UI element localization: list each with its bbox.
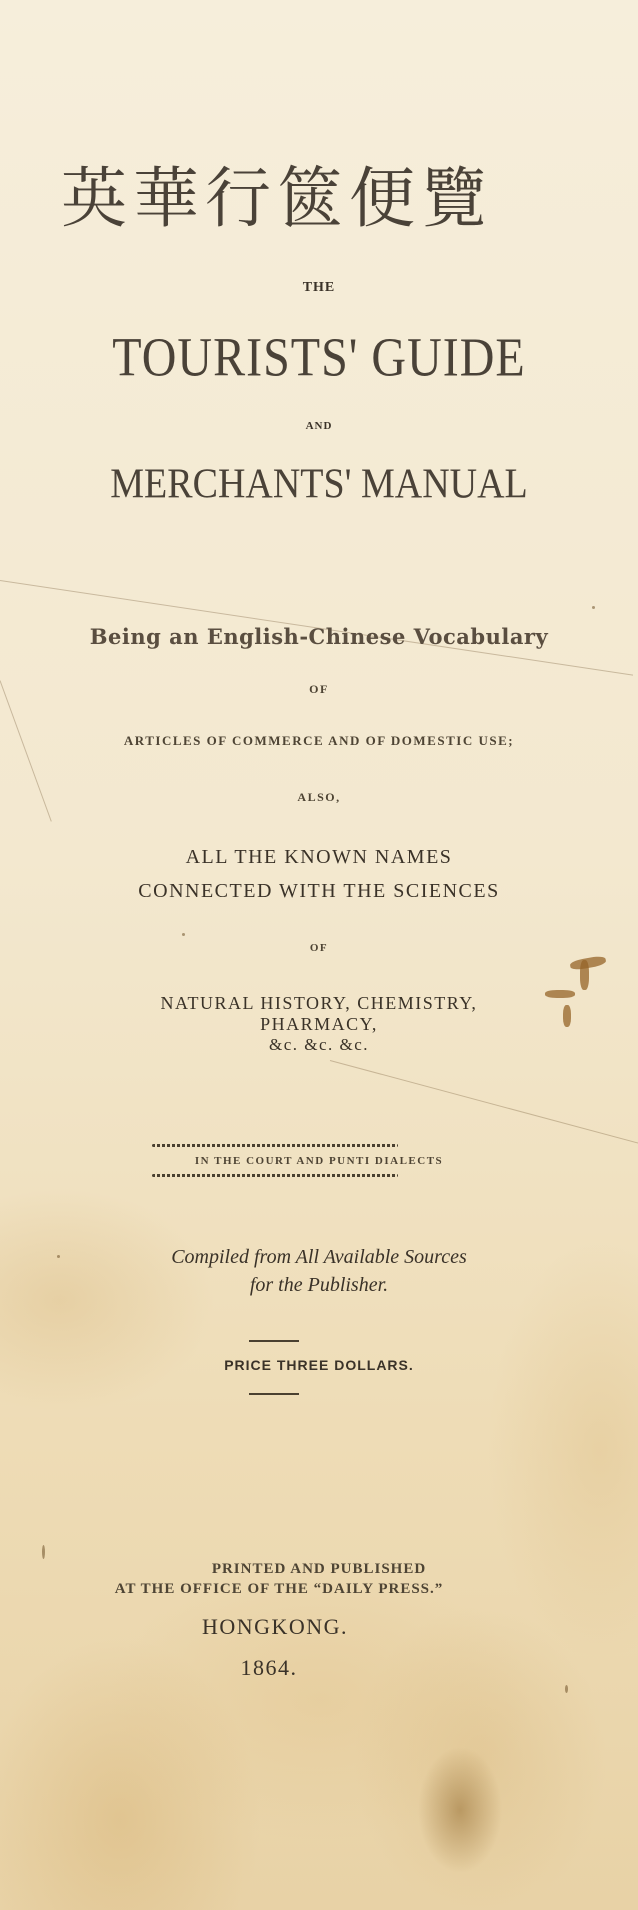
sciences-line-1: NATURAL HISTORY, CHEMISTRY, (0, 993, 638, 1014)
compiled-line-2: for the Publisher. (0, 1274, 638, 1297)
of-connector-2: OF (0, 942, 638, 954)
ink-spot (565, 1685, 568, 1693)
of-connector-1: OF (0, 682, 638, 697)
wavy-rule-top (152, 1144, 398, 1147)
ink-spot (42, 1545, 45, 1559)
price-rule-top (249, 1340, 299, 1342)
wavy-rule-bottom (152, 1174, 398, 1177)
main-title: TOURISTS' GUIDE (0, 326, 638, 389)
ink-spot (592, 606, 595, 609)
place-line: HONGKONG. (0, 1614, 594, 1640)
names-line-2: CONNECTED WITH THE SCIENCES (0, 880, 638, 903)
description-gothic: Being an English-Chinese Vocabulary (0, 624, 638, 649)
names-line-1: ALL THE KNOWN NAMES (0, 846, 638, 869)
title-and: AND (0, 420, 638, 432)
chinese-title: 英華行篋便覽 (0, 145, 596, 240)
dialects-line: IN THE COURT AND PUNTI DIALECTS (0, 1155, 638, 1167)
worm-hole-stain (580, 960, 589, 990)
compiled-line-1: Compiled from All Available Sources (0, 1246, 638, 1269)
ink-spot (182, 933, 185, 936)
sciences-line-3: &c. &c. &c. (0, 1035, 638, 1055)
price-rule-bottom (249, 1393, 299, 1395)
imprint-line-1: PRINTED AND PUBLISHED (0, 1561, 638, 1578)
also-label: ALSO, (0, 790, 638, 805)
title-the: THE (0, 280, 638, 296)
sciences-line-2: PHARMACY, (0, 1014, 638, 1035)
subtitle: MERCHANTS' MANUAL (0, 459, 638, 508)
imprint-line-2: AT THE OFFICE OF THE “DAILY PRESS.” (0, 1581, 598, 1598)
price-line: PRICE THREE DOLLARS. (0, 1357, 638, 1373)
articles-line: ARTICLES OF COMMERCE AND OF DOMESTIC USE… (0, 733, 638, 749)
year-line: 1864. (0, 1655, 588, 1681)
